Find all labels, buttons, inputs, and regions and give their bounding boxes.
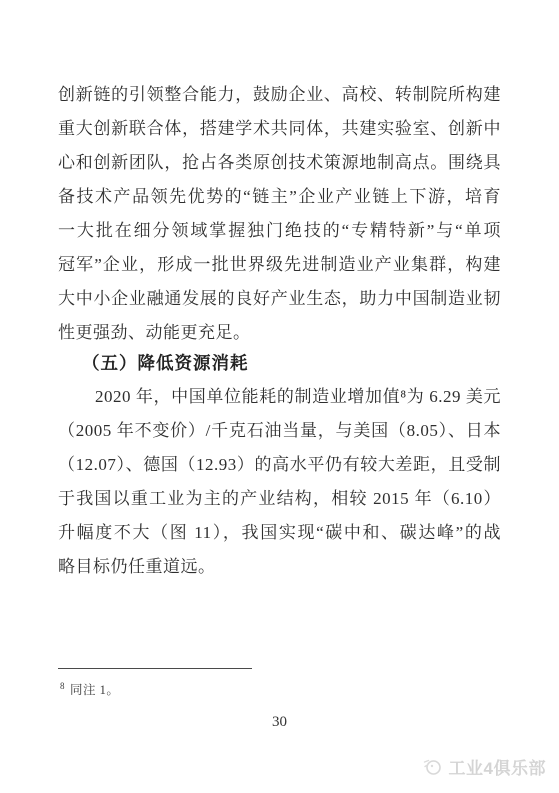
footnote-marker: 8 — [60, 681, 65, 691]
paragraph-2: 2020 年，中国单位能耗的制造业增加值⁸为 6.29 美元 （2005 年不变… — [58, 380, 501, 584]
document-page: 创新链的引领整合能力，鼓励企业、高校、转制院所构建 重大创新联合体，搭建学术共同… — [0, 0, 559, 793]
text-line: 备技术产品领先优势的“链主”企业产业链上下游，培育 — [58, 180, 501, 214]
text-line: 心和创新团队，抢占各类原创技术策源地制高点。围绕具 — [58, 146, 501, 180]
section-heading: （五）降低资源消耗 — [58, 346, 501, 380]
text-line: 2020 年，中国单位能耗的制造业增加值⁸为 6.29 美元 — [58, 380, 501, 414]
text-line: 升幅度不大（图 11），我国实现“碳中和、碳达峰”的战 — [58, 516, 501, 550]
text-line: 略目标仍任重道远。 — [58, 550, 501, 584]
text-line: 冠军”企业，形成一批世界级先进制造业产业集群，构建 — [58, 248, 501, 282]
text-line: （12.07）、德国（12.93）的高水平仍有较大差距，且受制 — [58, 448, 501, 482]
footnote: 8同注 1。 — [60, 676, 119, 700]
footnote-separator — [58, 668, 252, 669]
club-logo-icon — [423, 757, 442, 776]
text-line: 性更强劲、动能更充足。 — [58, 316, 501, 350]
text-line: 重大创新联合体，搭建学术共同体，共建实验室、创新中 — [58, 112, 501, 146]
text-line: 大中小企业融通发展的良好产业生态，助力中国制造业韧 — [58, 282, 501, 316]
text-line: 一大批在细分领域掌握独门绝技的“专精特新”与“单项 — [58, 214, 501, 248]
paragraph-1: 创新链的引领整合能力，鼓励企业、高校、转制院所构建 重大创新联合体，搭建学术共同… — [58, 78, 501, 350]
watermark-label: 工业4俱乐部 — [449, 754, 546, 779]
watermark: 工业4俱乐部 — [423, 755, 546, 777]
text-line: （2005 年不变价）/千克石油当量，与美国（8.05）、日本 — [58, 414, 501, 448]
text-line: 于我国以重工业为主的产业结构，相较 2015 年（6.10）提 — [58, 482, 501, 516]
page-number: 30 — [0, 712, 559, 732]
footnote-text: 同注 1。 — [70, 683, 119, 697]
text-line: 创新链的引领整合能力，鼓励企业、高校、转制院所构建 — [58, 78, 501, 112]
